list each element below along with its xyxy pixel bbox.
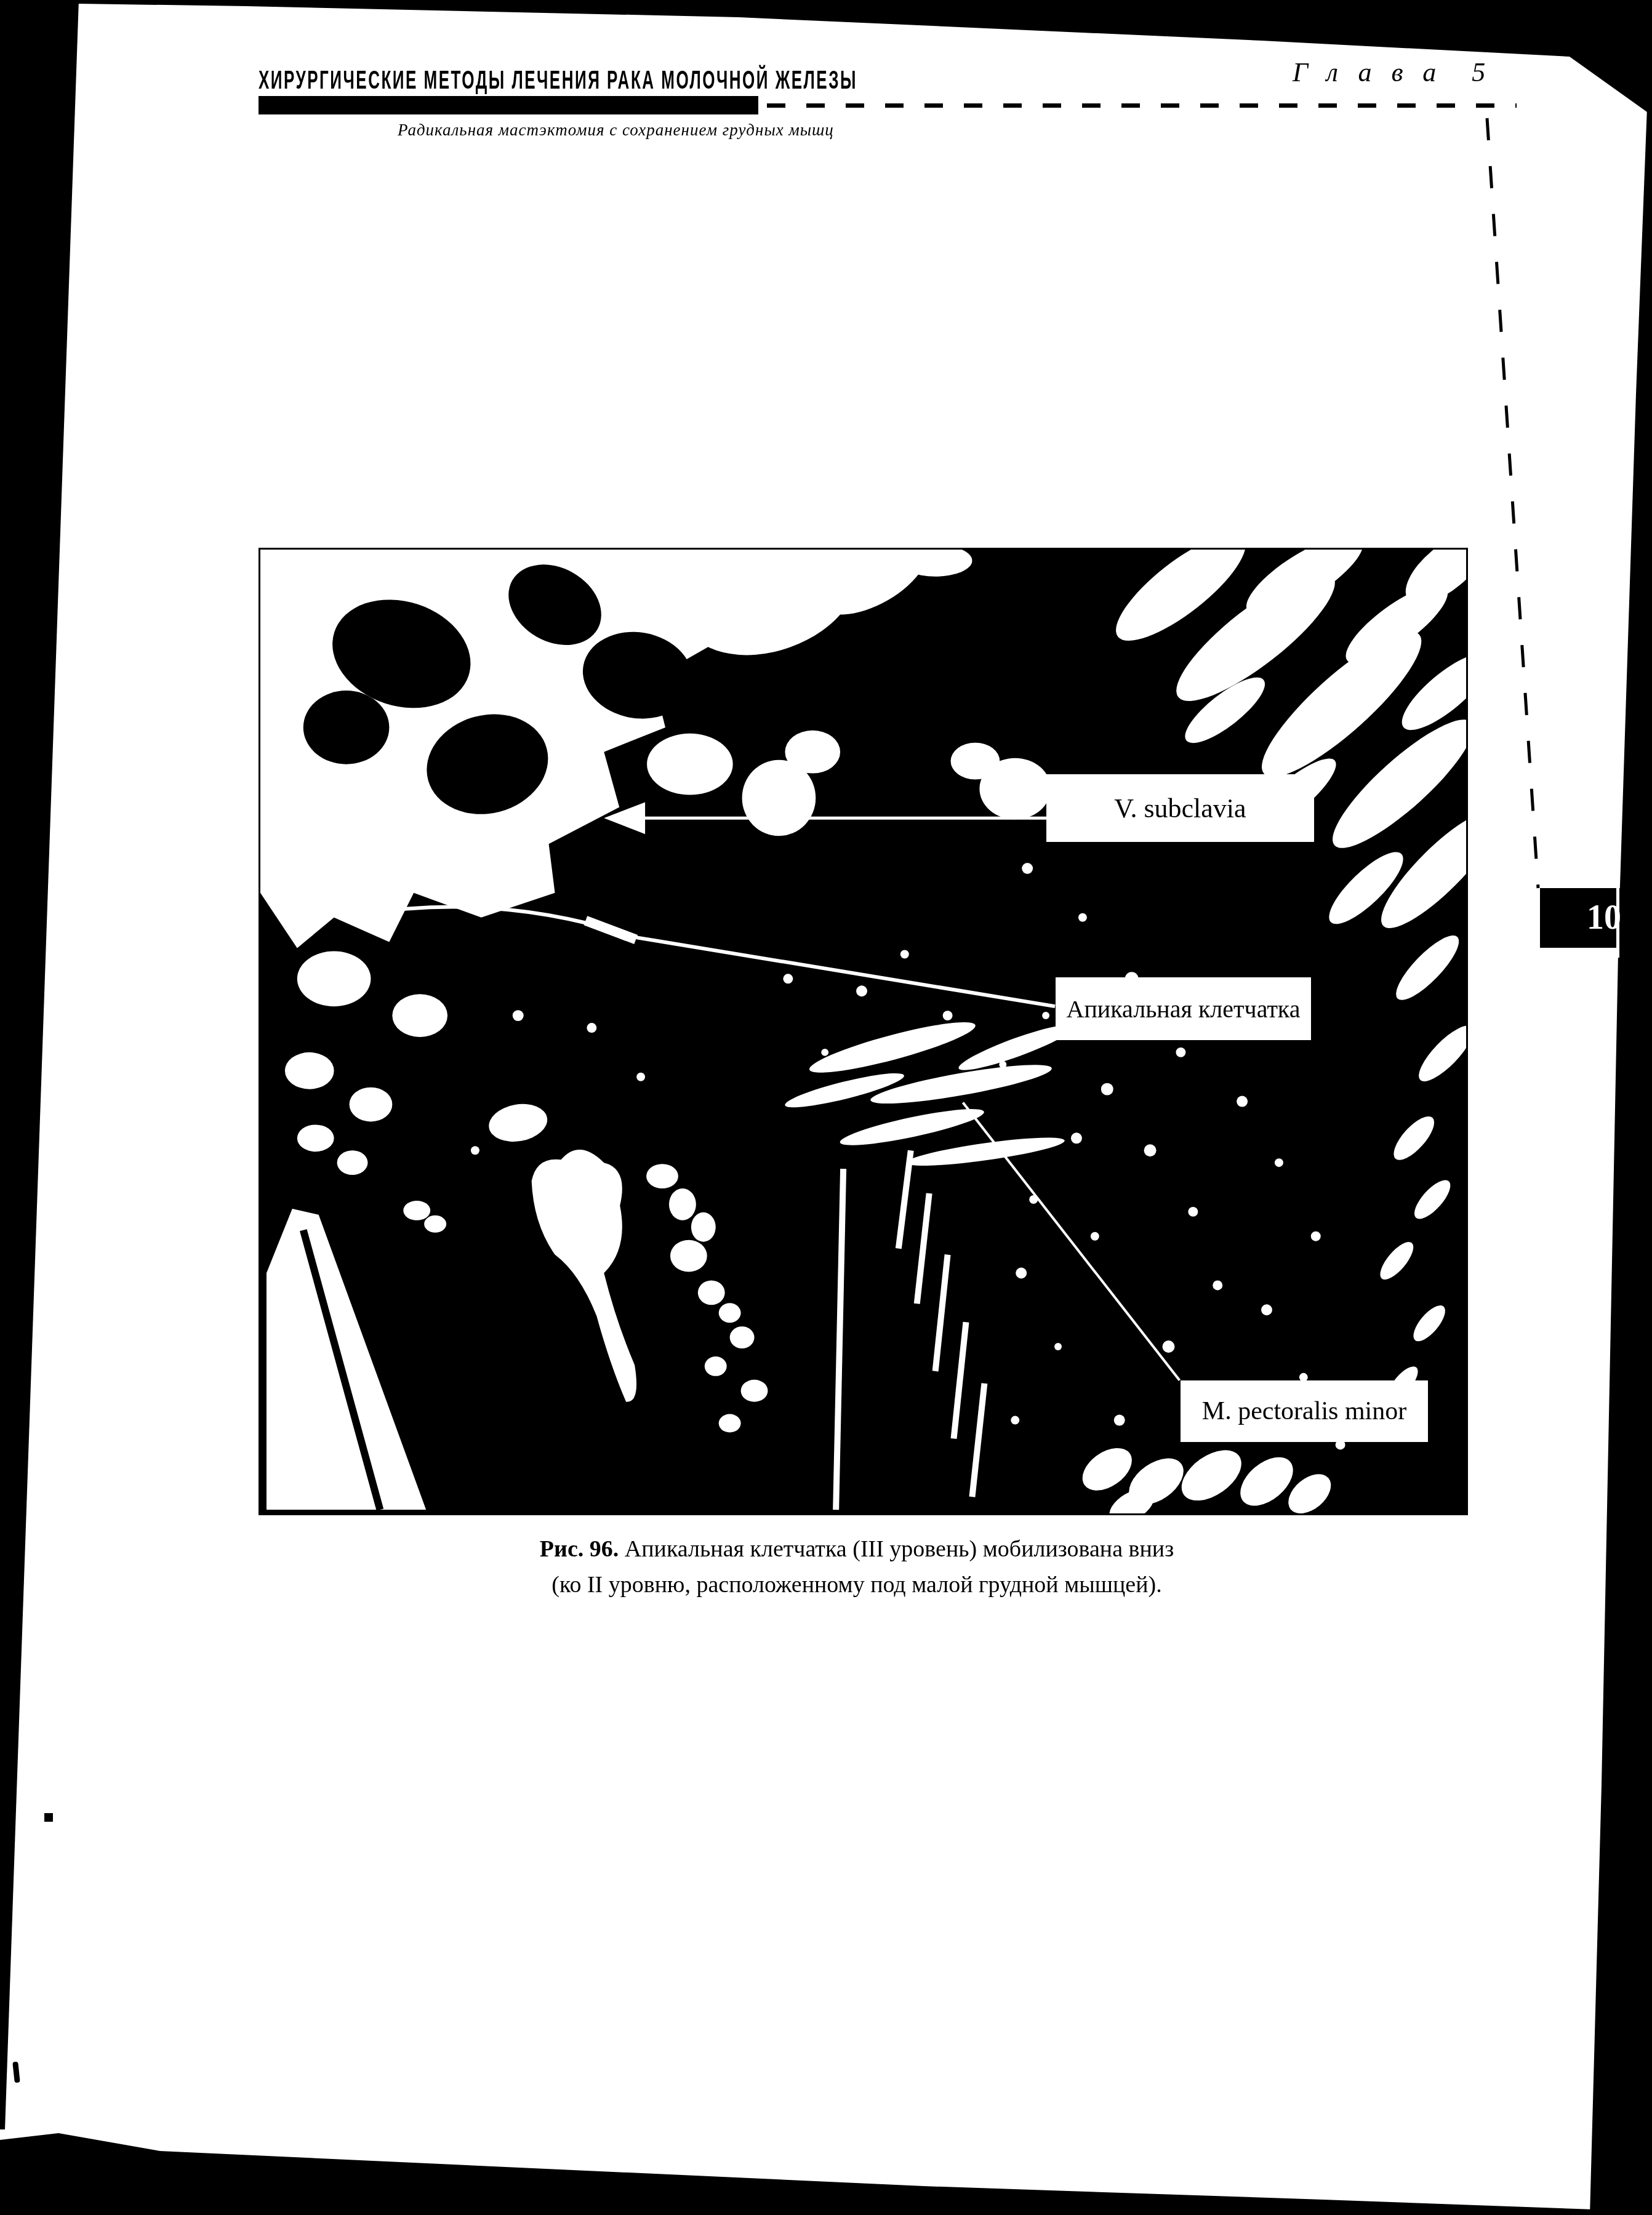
caption-text-1: Апикальная клетчатка (III уровень) мобил… [625,1536,1174,1562]
scanned-book-page: ХИРУРГИЧЕСКИЕ МЕТОДЫ ЛЕЧЕНИЯ РАКА МОЛОЧН… [0,0,1652,2215]
scan-edge-bottom [0,2133,1652,2215]
chapter-heading: Глава5 [1293,57,1485,88]
figure-caption: Рис. 96. Апикальная клетчатка (III урове… [272,1531,1441,1603]
page-tab-number: 10 [1540,888,1652,948]
scan-speck [44,1813,53,1822]
scan-speck [33,705,42,724]
label-apical-tissue: Апикальная клетчатка [1056,977,1311,1040]
caption-figure-number: Рис. 96. [540,1536,619,1562]
margin-dashed-line [1487,118,1538,888]
label-m-pectoralis-minor: M. pectoralis minor [1181,1380,1428,1442]
scan-edge-left [0,0,79,2129]
header-dashed-line [767,103,1517,108]
caption-line-1: Рис. 96. Апикальная клетчатка (III урове… [272,1531,1441,1567]
caption-line-2: (ко II уровню, расположенному под малой … [272,1567,1441,1603]
header-rule-bar [259,96,758,114]
scan-speck [28,1107,34,1123]
running-title: ХИРУРГИЧЕСКИЕ МЕТОДЫ ЛЕЧЕНИЯ РАКА МОЛОЧН… [259,65,857,95]
section-subtitle: Радикальная мастэктомия с сохранением гр… [398,121,834,140]
scan-speck [12,2062,20,2083]
chapter-word: Глава [1293,57,1456,87]
chapter-number: 5 [1472,57,1485,87]
label-v-subclavia: V. subclavia [1046,774,1314,842]
scan-edge-right [1590,105,1652,2215]
